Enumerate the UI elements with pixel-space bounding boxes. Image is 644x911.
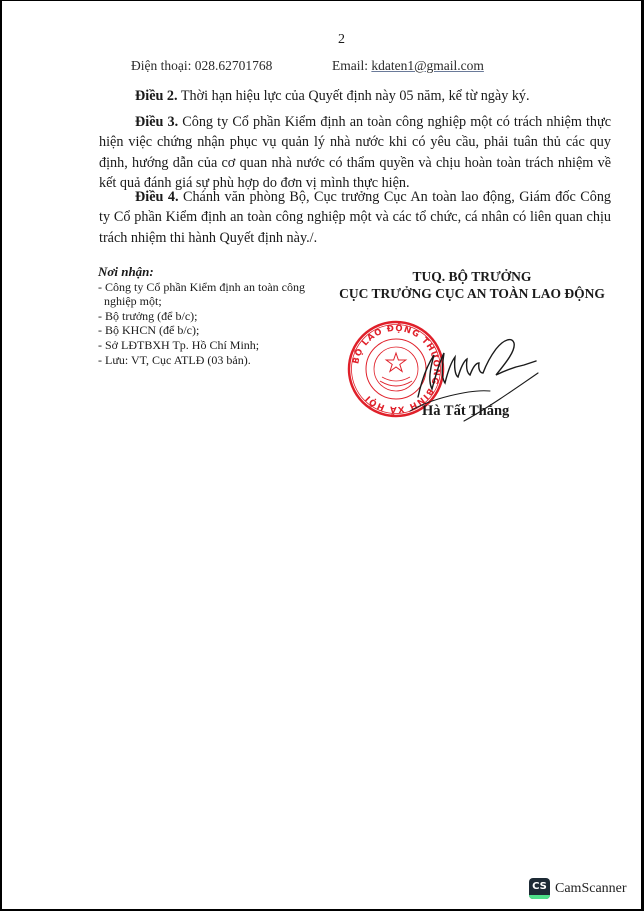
recipients-list: Nơi nhận: - Công ty Cổ phần Kiểm định an… [98, 265, 305, 367]
signature-title-1: TUQ. BỘ TRƯỞNG [322, 268, 622, 285]
email: Email: kdaten1@gmail.com [332, 58, 484, 74]
camscanner-watermark: CS CamScanner [529, 878, 627, 899]
signer-name: Hà Tất Thắng [422, 403, 509, 420]
phone-number: Điện thoại: 028.62701768 [131, 58, 272, 74]
signature-block: TUQ. BỘ TRƯỞNG CỤC TRƯỞNG CỤC AN TOÀN LA… [322, 268, 622, 302]
recipient-item: nghiệp một; [98, 294, 305, 309]
recipient-item: - Bộ KHCN (để b/c); [98, 323, 305, 338]
camscanner-label: CamScanner [555, 881, 627, 897]
document-page: 2 Điện thoại: 028.62701768 Email: kdaten… [0, 0, 644, 911]
article-heading: Điều 4. [135, 189, 179, 205]
article-text: Thời hạn hiệu lực của Quyết định này 05 … [178, 88, 530, 104]
signature-title-2: CỤC TRƯỞNG CỤC AN TOÀN LAO ĐỘNG [322, 285, 622, 302]
recipients-title: Nơi nhận: [98, 265, 305, 280]
article-4: Điều 4. Chánh văn phòng Bộ, Cục trưởng C… [99, 187, 611, 248]
article-heading: Điều 3. [135, 114, 178, 130]
recipient-item: - Lưu: VT, Cục ATLĐ (03 bản). [98, 353, 305, 368]
recipient-item: - Sở LĐTBXH Tp. Hồ Chí Minh; [98, 338, 305, 353]
page-number: 2 [338, 32, 345, 48]
email-link[interactable]: kdaten1@gmail.com [371, 58, 484, 73]
article-heading: Điều 2. [135, 88, 178, 104]
email-label: Email: [332, 58, 371, 73]
article-3: Điều 3. Công ty Cổ phần Kiểm định an toà… [99, 112, 611, 194]
recipient-item: - Công ty Cổ phần Kiểm định an toàn công [98, 280, 305, 295]
recipient-item: - Bộ trưởng (để b/c); [98, 309, 305, 324]
article-2: Điều 2. Thời hạn hiệu lực của Quyết định… [135, 86, 615, 106]
camscanner-logo-icon: CS [529, 878, 550, 899]
